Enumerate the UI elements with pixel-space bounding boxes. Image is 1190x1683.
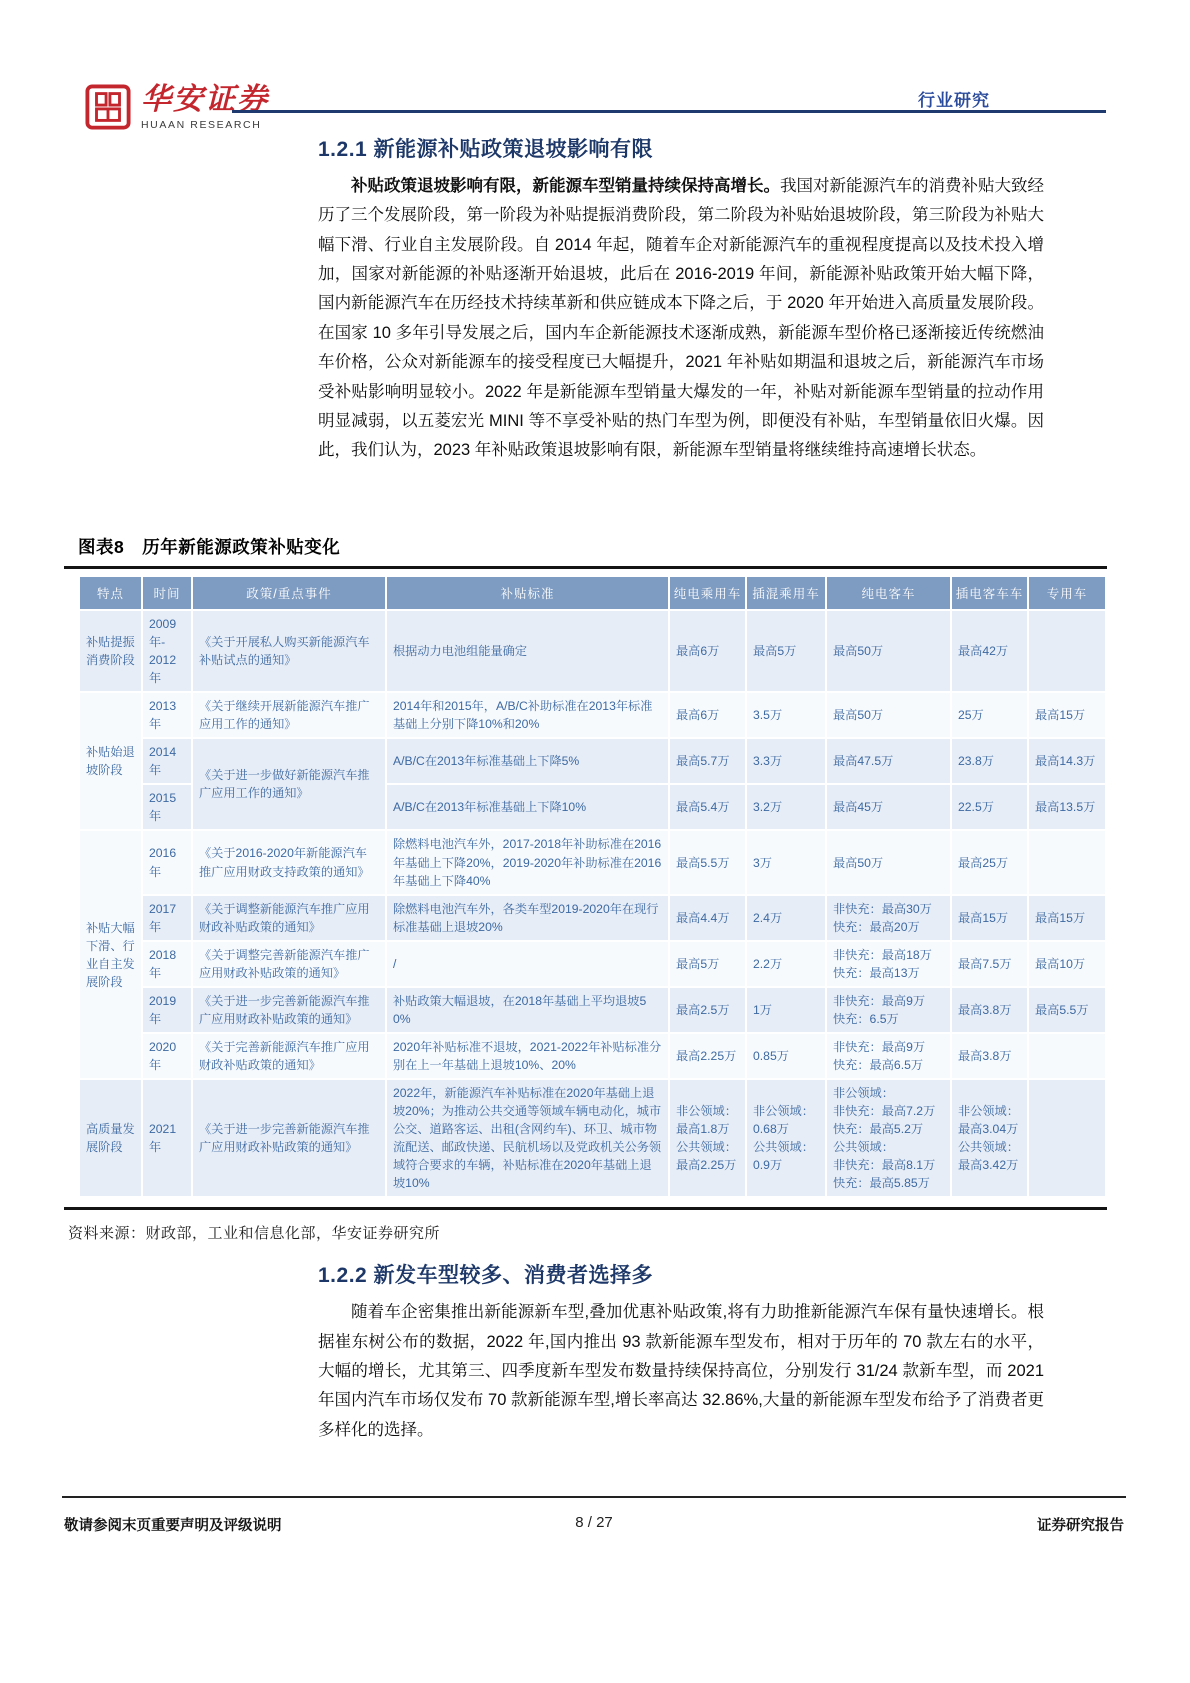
phev-bus-cell: 最高3.8万 xyxy=(951,1033,1028,1079)
phev-passenger-cell: 1万 xyxy=(746,987,826,1033)
subsidy-table-body: 补贴提振消费阶段2009年- 2012年《关于开展私人购买新能源汽车补贴试点的通… xyxy=(79,610,1106,1197)
phev-bus-cell: 最高15万 xyxy=(951,895,1028,941)
figure-source: 资料来源：财政部，工业和信息化部，华安证券研究所 xyxy=(68,1222,1190,1243)
table-row: 补贴提振消费阶段2009年- 2012年《关于开展私人购买新能源汽车补贴试点的通… xyxy=(79,610,1106,692)
standard-cell: 除燃料电池汽车外，各类车型2019-2020年在现行标准基础上退坡20% xyxy=(386,895,669,941)
bev-passenger-cell: 最高5.7万 xyxy=(669,738,746,784)
standard-cell: 根据动力电池组能量确定 xyxy=(386,610,669,692)
column-header: 插电客车车 xyxy=(951,576,1028,610)
bev-passenger-cell: 最高2.25万 xyxy=(669,1033,746,1079)
table-row: 补贴大幅下滑、行业自主发展阶段2016年《关于2016-2020年新能源汽车推广… xyxy=(79,830,1106,894)
phev-passenger-cell: 2.4万 xyxy=(746,895,826,941)
phev-bus-cell: 23.8万 xyxy=(951,738,1028,784)
paragraph-lead: 补贴政策退坡影响有限，新能源车型销量持续保持高增长。 xyxy=(351,177,780,195)
phev-bus-cell: 最高3.8万 xyxy=(951,987,1028,1033)
bev-passenger-cell: 最高5.5万 xyxy=(669,830,746,894)
bev-passenger-cell: 最高5.4万 xyxy=(669,784,746,830)
bev-bus-cell: 最高50万 xyxy=(826,692,951,738)
section-title: 1.2.2 新发车型较多、消费者选择多 xyxy=(318,1259,1044,1289)
phev-bus-cell: 最高42万 xyxy=(951,610,1028,692)
section-paragraph: 补贴政策退坡影响有限，新能源车型销量持续保持高增长。我国对新能源汽车的消费补贴大… xyxy=(318,172,1044,466)
phev-bus-cell: 非公领域： 最高3.04万 公共领域： 最高3.42万 xyxy=(951,1079,1028,1197)
time-cell: 2013年 xyxy=(142,692,192,738)
bev-passenger-cell: 最高6万 xyxy=(669,692,746,738)
time-cell: 2009年- 2012年 xyxy=(142,610,192,692)
special-vehicle-cell xyxy=(1028,1033,1106,1079)
phev-bus-cell: 最高7.5万 xyxy=(951,941,1028,987)
phev-passenger-cell: 0.85万 xyxy=(746,1033,826,1079)
feature-cell: 高质量发展阶段 xyxy=(79,1079,142,1197)
standard-cell: A/B/C在2013年标准基础上下降5% xyxy=(386,738,669,784)
phev-passenger-cell: 3.2万 xyxy=(746,784,826,830)
time-cell: 2017年 xyxy=(142,895,192,941)
phev-bus-cell: 25万 xyxy=(951,692,1028,738)
special-vehicle-cell: 最高15万 xyxy=(1028,692,1106,738)
brand-name-en: HUAAN RESEARCH xyxy=(141,119,269,131)
bev-bus-cell: 最高50万 xyxy=(826,610,951,692)
column-header: 补贴标准 xyxy=(386,576,669,610)
phev-passenger-cell: 最高5万 xyxy=(746,610,826,692)
policy-cell: 《关于调整新能源汽车推广应用财政补贴政策的通知》 xyxy=(192,895,386,941)
page-footer: 敬请参阅末页重要声明及评级说明 8 / 27 证券研究报告 xyxy=(62,1496,1126,1538)
special-vehicle-cell: 最高15万 xyxy=(1028,895,1106,941)
policy-cell: 《关于2016-2020年新能源汽车推广应用财政支持政策的通知》 xyxy=(192,830,386,894)
bev-passenger-cell: 非公领域： 最高1.8万 公共领域： 最高2.25万 xyxy=(669,1079,746,1197)
bev-bus-cell: 非快充：最高9万 快充：6.5万 xyxy=(826,987,951,1033)
special-vehicle-cell xyxy=(1028,1079,1106,1197)
section-1-2-2: 1.2.2 新发车型较多、消费者选择多 随着车企密集推出新能源新车型,叠加优惠补… xyxy=(318,1259,1044,1445)
phev-passenger-cell: 3.3万 xyxy=(746,738,826,784)
standard-cell: A/B/C在2013年标准基础上下降10% xyxy=(386,784,669,830)
special-vehicle-cell: 最高14.3万 xyxy=(1028,738,1106,784)
table-row: 2020年《关于完善新能源汽车推广应用财政补贴政策的通知》2020年补贴标准不退… xyxy=(79,1033,1106,1079)
bev-bus-cell: 非快充：最高9万 快充：最高6.5万 xyxy=(826,1033,951,1079)
policy-cell: 《关于进一步做好新能源汽车推广应用工作的通知》 xyxy=(192,738,386,830)
bev-passenger-cell: 最高4.4万 xyxy=(669,895,746,941)
phev-passenger-cell: 3万 xyxy=(746,830,826,894)
policy-cell: 《关于继续开展新能源汽车推广应用工作的通知》 xyxy=(192,692,386,738)
table-row: 高质量发展阶段2021年《关于进一步完善新能源汽车推广应用财政补贴政策的通知》2… xyxy=(79,1079,1106,1197)
figure-caption: 图表8 历年新能源政策补贴变化 xyxy=(78,534,1190,559)
bev-bus-cell: 最高45万 xyxy=(826,784,951,830)
page-number: 8 / 27 xyxy=(575,1514,613,1531)
standard-cell: 除燃料电池汽车外，2017-2018年补助标准在2016年基础上下降20%，20… xyxy=(386,830,669,894)
policy-cell: 《关于开展私人购买新能源汽车补贴试点的通知》 xyxy=(192,610,386,692)
report-page: 华安证券 HUAAN RESEARCH 行业研究 1.2.1 新能源补贴政策退坡… xyxy=(0,0,1190,1683)
section-title: 1.2.1 新能源补贴政策退坡影响有限 xyxy=(318,133,1044,163)
policy-cell: 《关于完善新能源汽车推广应用财政补贴政策的通知》 xyxy=(192,1033,386,1079)
phev-passenger-cell: 3.5万 xyxy=(746,692,826,738)
bev-bus-cell: 非快充：最高30万 快充：最高20万 xyxy=(826,895,951,941)
phev-passenger-cell: 非公领域： 0.68万 公共领域： 0.9万 xyxy=(746,1079,826,1197)
column-header: 插混乘用车 xyxy=(746,576,826,610)
subsidy-table: 特点时间政策/重点事件补贴标准纯电乘用车插混乘用车纯电客车插电客车车专用车 补贴… xyxy=(78,575,1107,1198)
standard-cell: 2022年，新能源汽车补贴标准在2020年基础上退坡20%；为推动公共交通等领域… xyxy=(386,1079,669,1197)
bev-passenger-cell: 最高6万 xyxy=(669,610,746,692)
footer-report-type: 证券研究报告 xyxy=(1037,1514,1124,1535)
table-row: 2014年《关于进一步做好新能源汽车推广应用工作的通知》A/B/C在2013年标… xyxy=(79,738,1106,784)
standard-cell: / xyxy=(386,941,669,987)
time-cell: 2018年 xyxy=(142,941,192,987)
special-vehicle-cell xyxy=(1028,830,1106,894)
table-row: 2017年《关于调整新能源汽车推广应用财政补贴政策的通知》除燃料电池汽车外，各类… xyxy=(79,895,1106,941)
time-cell: 2019年 xyxy=(142,987,192,1033)
bev-bus-cell: 非公领域： 非快充：最高7.2万 快充：最高5.2万 公共领域： 非快充：最高8… xyxy=(826,1079,951,1197)
standard-cell: 2014年和2015年，A/B/C补助标准在2013年标准基础上分别下降10%和… xyxy=(386,692,669,738)
bev-bus-cell: 非快充：最高18万 快充：最高13万 xyxy=(826,941,951,987)
section-paragraph: 随着车企密集推出新能源新车型,叠加优惠补贴政策,将有力助推新能源汽车保有量快速增… xyxy=(318,1298,1044,1445)
time-cell: 2015年 xyxy=(142,784,192,830)
column-header: 专用车 xyxy=(1028,576,1106,610)
special-vehicle-cell: 最高13.5万 xyxy=(1028,784,1106,830)
column-header: 纯电客车 xyxy=(826,576,951,610)
table-row: 2018年《关于调整完善新能源汽车推广应用财政补贴政策的通知》/最高5万2.2万… xyxy=(79,941,1106,987)
column-header: 时间 xyxy=(142,576,192,610)
footer-disclaimer: 敬请参阅末页重要声明及评级说明 xyxy=(64,1514,282,1535)
figure-top-rule xyxy=(64,566,1107,569)
figure-block: 图表8 历年新能源政策补贴变化 特点时间政策/重点事件补贴标准纯电乘用车插混乘用… xyxy=(0,534,1190,1445)
table-row: 补贴始退坡阶段2013年《关于继续开展新能源汽车推广应用工作的通知》2014年和… xyxy=(79,692,1106,738)
report-category: 行业研究 xyxy=(918,86,990,111)
table-row: 2019年《关于进一步完善新能源汽车推广应用财政补贴政策的通知》补贴政策大幅退坡… xyxy=(79,987,1106,1033)
standard-cell: 补贴政策大幅退坡，在2018年基础上平均退坡50% xyxy=(386,987,669,1033)
paragraph-body: 我国对新能源汽车的消费补贴大致经历了三个发展阶段，第一阶段为补贴提振消费阶段，第… xyxy=(318,177,1044,459)
special-vehicle-cell xyxy=(1028,610,1106,692)
subsidy-table-head-row: 特点时间政策/重点事件补贴标准纯电乘用车插混乘用车纯电客车插电客车车专用车 xyxy=(79,576,1106,610)
column-header: 特点 xyxy=(79,576,142,610)
column-header: 政策/重点事件 xyxy=(192,576,386,610)
standard-cell: 2020年补贴标准不退坡，2021-2022年补贴标准分别在上一年基础上退坡10… xyxy=(386,1033,669,1079)
phev-bus-cell: 22.5万 xyxy=(951,784,1028,830)
time-cell: 2014年 xyxy=(142,738,192,784)
huaan-logo-icon xyxy=(85,84,131,135)
feature-cell: 补贴大幅下滑、行业自主发展阶段 xyxy=(79,830,142,1079)
feature-cell: 补贴始退坡阶段 xyxy=(79,692,142,830)
bev-passenger-cell: 最高2.5万 xyxy=(669,987,746,1033)
phev-passenger-cell: 2.2万 xyxy=(746,941,826,987)
time-cell: 2016年 xyxy=(142,830,192,894)
column-header: 纯电乘用车 xyxy=(669,576,746,610)
feature-cell: 补贴提振消费阶段 xyxy=(79,610,142,692)
time-cell: 2021年 xyxy=(142,1079,192,1197)
phev-bus-cell: 最高25万 xyxy=(951,830,1028,894)
bev-bus-cell: 最高50万 xyxy=(826,830,951,894)
policy-cell: 《关于进一步完善新能源汽车推广应用财政补贴政策的通知》 xyxy=(192,1079,386,1197)
bev-bus-cell: 最高47.5万 xyxy=(826,738,951,784)
special-vehicle-cell: 最高10万 xyxy=(1028,941,1106,987)
special-vehicle-cell: 最高5.5万 xyxy=(1028,987,1106,1033)
policy-cell: 《关于调整完善新能源汽车推广应用财政补贴政策的通知》 xyxy=(192,941,386,987)
time-cell: 2020年 xyxy=(142,1033,192,1079)
section-1-2-1: 1.2.1 新能源补贴政策退坡影响有限 补贴政策退坡影响有限，新能源车型销量持续… xyxy=(318,133,1044,466)
bev-passenger-cell: 最高5万 xyxy=(669,941,746,987)
policy-cell: 《关于进一步完善新能源汽车推广应用财政补贴政策的通知》 xyxy=(192,987,386,1033)
figure-bottom-rule xyxy=(64,1207,1107,1210)
